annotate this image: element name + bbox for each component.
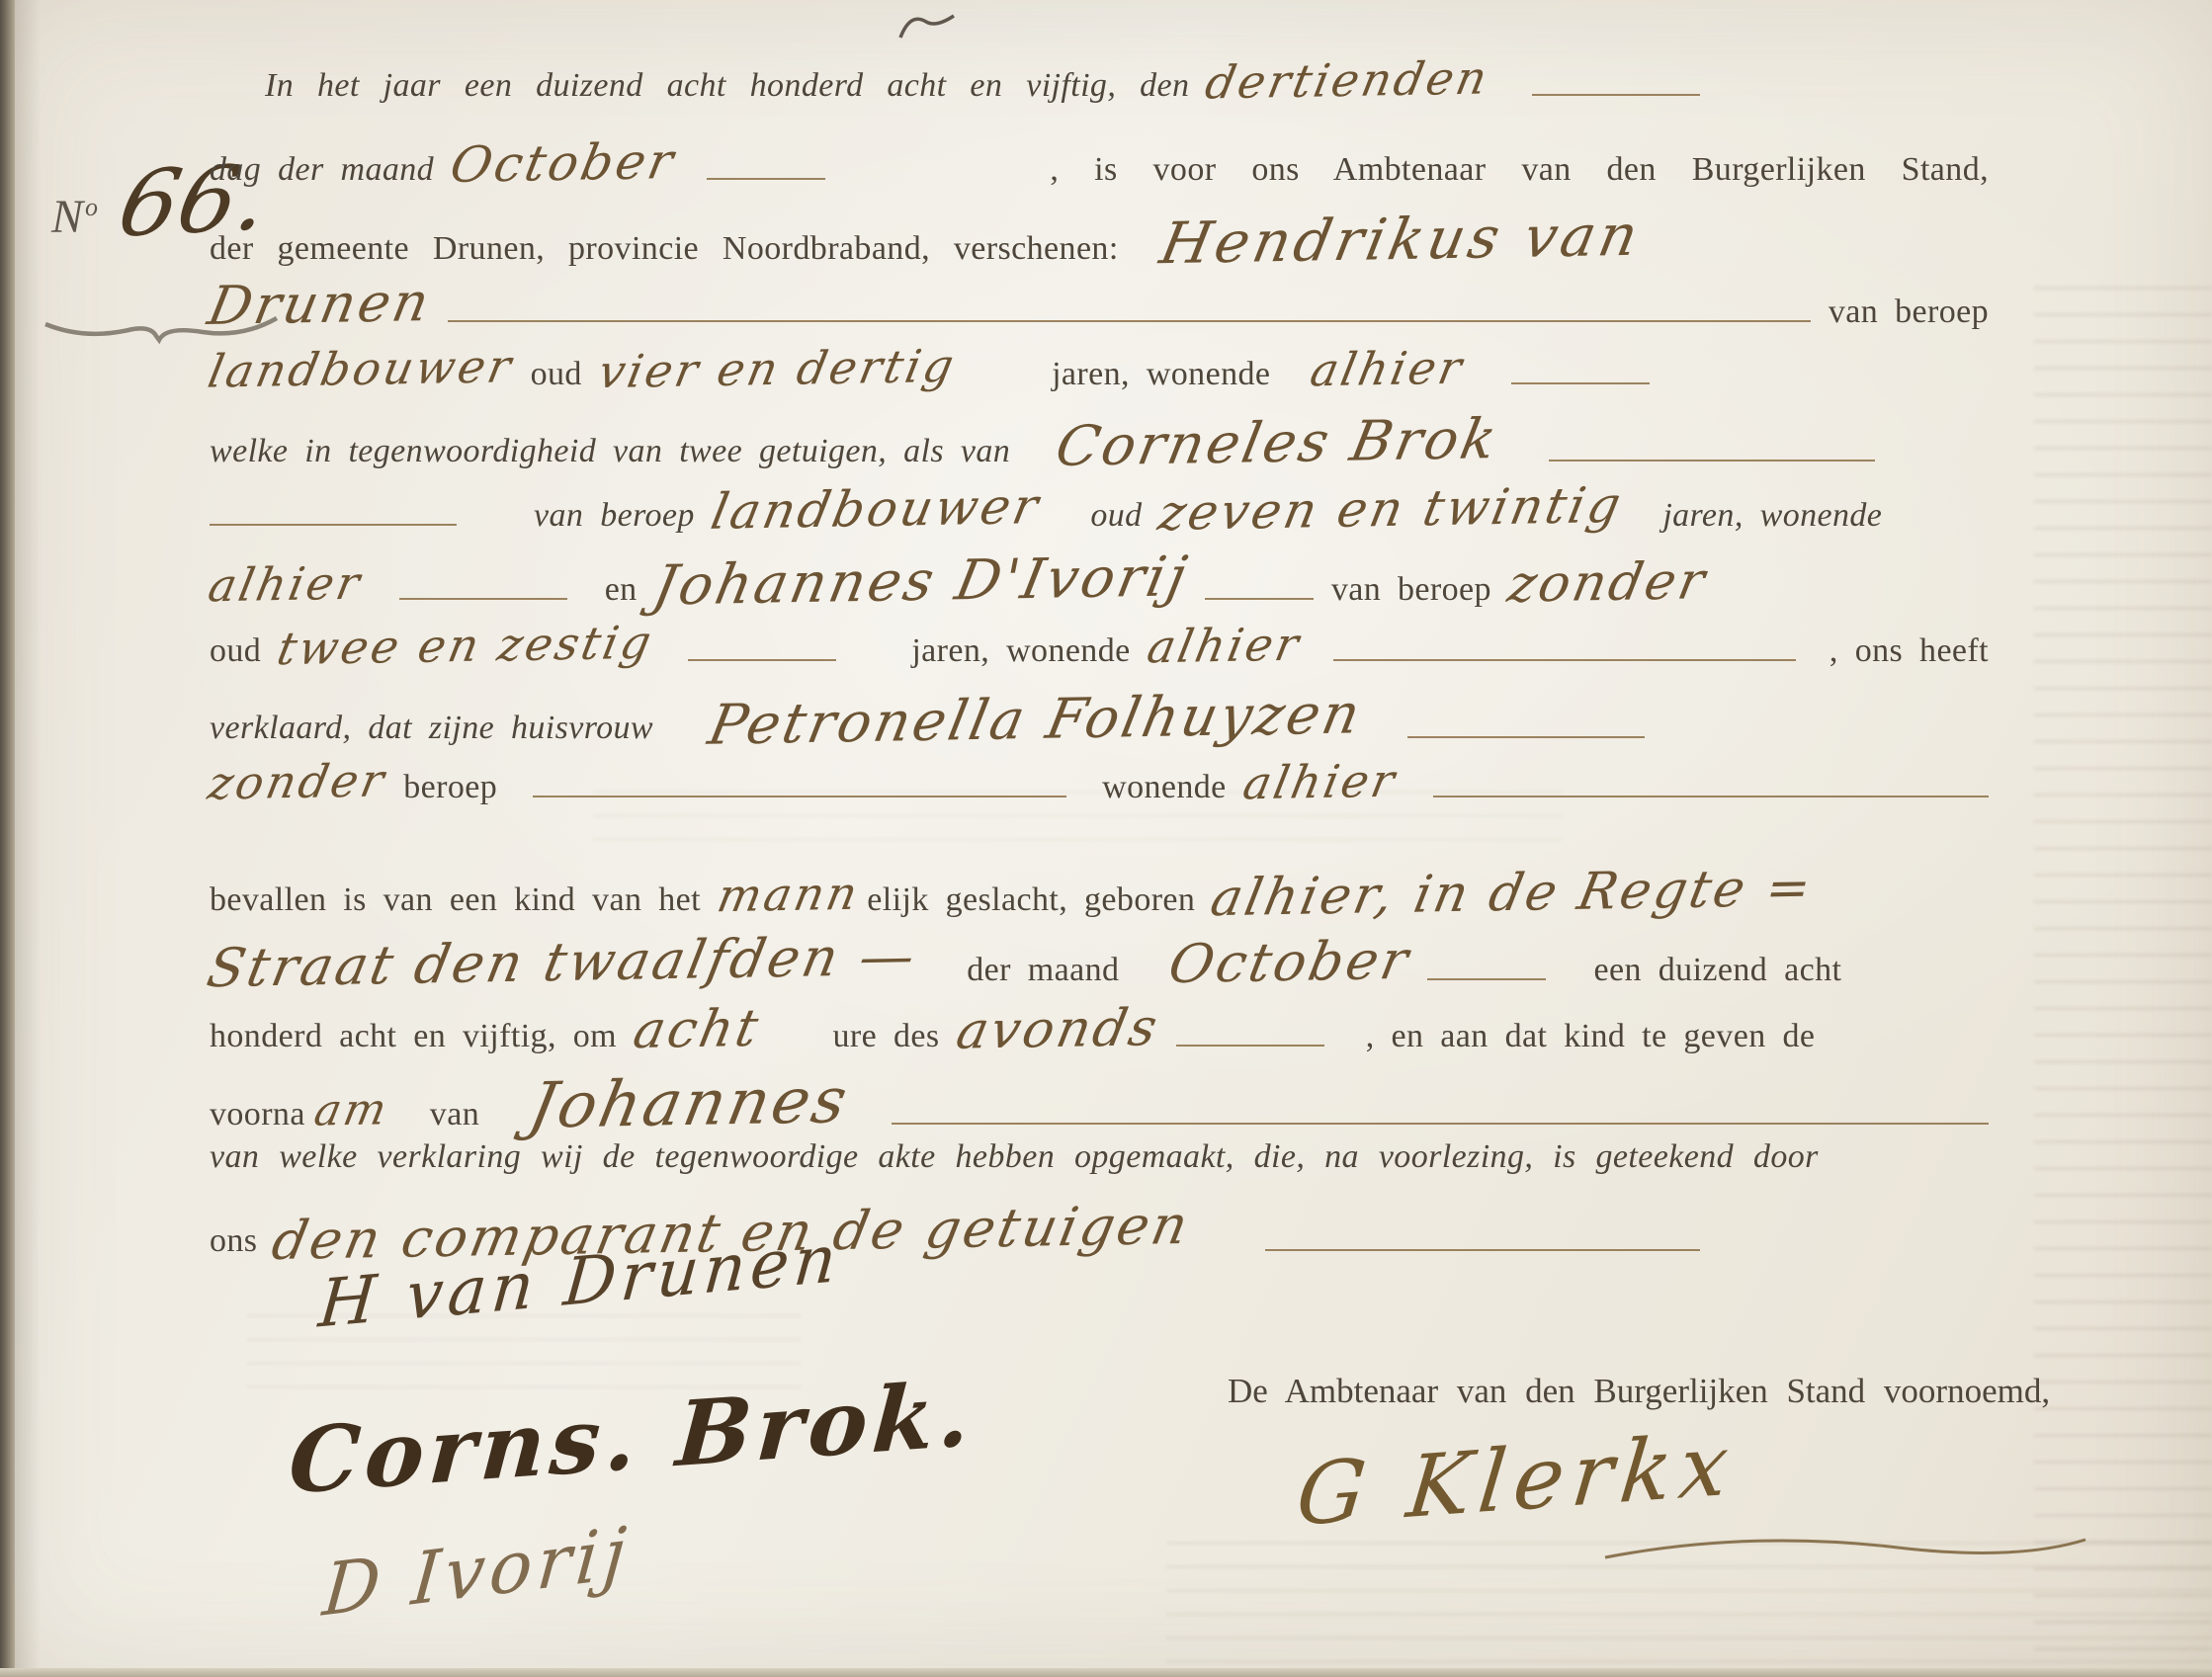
handwritten-text: landbouwer <box>204 339 518 397</box>
printed-text: voorna <box>210 1096 305 1133</box>
printed-text: jaren, wonende <box>1662 497 1882 535</box>
body-line-4: Drunen van beroep <box>210 273 1989 335</box>
body-line-10: verklaard, dat zijne huisvrouw Petronell… <box>210 688 1989 752</box>
printed-text: van <box>430 1096 479 1133</box>
blank-filler-line <box>1532 85 1700 96</box>
printed-text: dag der maand <box>210 151 434 189</box>
blank-filler-line <box>533 787 1066 797</box>
blank-filler-line <box>1511 374 1650 384</box>
handwritten-text: Drunen <box>203 271 436 337</box>
printed-text: een duizend acht <box>1593 952 1841 989</box>
signature-flourish <box>1601 1522 2095 1581</box>
official-caption: De Ambtenaar van den Burgerlijken Stand … <box>1228 1372 2050 1411</box>
handwritten-text: alhier <box>204 556 367 613</box>
printed-text: oud <box>1090 497 1142 535</box>
handwritten-text: twee en zestig <box>273 616 658 676</box>
scan-edge-left <box>0 0 15 1677</box>
printed-text: , ons heeft <box>1829 632 1989 670</box>
printed-text: en <box>605 571 638 609</box>
scan-edge-bottom <box>0 1668 2212 1677</box>
printed-text: jaren, wonende <box>1052 356 1270 393</box>
body-line-13: Straat den twaalfden — der maand October… <box>210 931 1989 993</box>
blank-filler-line <box>1176 1036 1324 1047</box>
body-line-15: voorna am van Johannes <box>210 1067 1989 1140</box>
printed-text: der gemeente Drunen, provincie Noordbrab… <box>210 230 1119 268</box>
body-line-12: bevallen is van een kind van het mann el… <box>210 864 1989 923</box>
printed-text: ons <box>210 1222 257 1260</box>
handwritten-text: zonder <box>204 753 390 809</box>
body-line-11: zonder beroep wonende alhier <box>210 755 1989 808</box>
handwritten-text: Straat den twaalfden — <box>203 925 923 999</box>
printed-text: van beroep <box>1829 293 1989 331</box>
printed-text: van beroep <box>534 497 695 535</box>
handwritten-text: Petronella Folhuyzen <box>703 682 1367 757</box>
body-line-6: welke in tegenwoordigheid van twee getui… <box>210 411 1989 475</box>
handwritten-text: alhier <box>1238 754 1402 810</box>
handwritten-text: avonds <box>951 998 1164 1061</box>
body-line-2: dag der maand October , is voor ons Ambt… <box>210 134 1989 192</box>
handwritten-text: acht <box>629 999 766 1060</box>
bleedthrough-texture-right <box>2034 287 2212 1670</box>
handwritten-text: zonder <box>1503 551 1713 614</box>
blank-filler-line <box>1407 727 1645 738</box>
printed-text: honderd acht en vijftig, om <box>210 1018 617 1055</box>
blank-filler-line <box>707 169 825 180</box>
printed-text: wonende <box>1102 769 1227 806</box>
blank-filler-line <box>210 515 457 526</box>
printed-text: der maand <box>967 952 1119 989</box>
blank-filler-line <box>1333 650 1796 661</box>
body-line-14: honderd acht en vijftig, om acht ure des… <box>210 1000 1989 1059</box>
act-number-label: No <box>51 191 100 243</box>
handwritten-text: alhier <box>1143 618 1306 674</box>
handwritten-text: alhier, in de Regte = <box>1206 859 1819 929</box>
signature-witness-brok: Corns. Brok. <box>286 1361 978 1514</box>
printed-text: verklaard, dat zijne huisvrouw <box>210 710 653 747</box>
body-line-7: van beroep landbouwer oud zeven en twint… <box>210 480 1989 538</box>
printed-text: oud <box>210 632 261 670</box>
handwritten-text: landbouwer <box>707 477 1046 541</box>
handwritten-text: dertienden <box>1202 51 1495 110</box>
handwritten-text: Hendrikus van <box>1154 202 1647 277</box>
printed-text: beroep <box>403 769 497 806</box>
body-line-16: van welke verklaring wij de tegenwoordig… <box>210 1138 1989 1176</box>
printed-text: bevallen is van een kind van het <box>210 881 701 919</box>
handwritten-text: Corneles Brok <box>1051 407 1504 479</box>
handwritten-text: am <box>310 1084 393 1135</box>
body-line-3: der gemeente Drunen, provincie Noordbrab… <box>210 206 1989 273</box>
printed-text: , is voor ons Ambtenaar van den Burgerli… <box>1050 151 1989 189</box>
blank-filler-line <box>1549 451 1875 461</box>
handwritten-text: alhier <box>1307 341 1470 397</box>
body-line-8: alhier en Johannes D'Ivorij van beroep z… <box>210 549 1989 614</box>
blank-filler-line <box>892 1114 1989 1125</box>
handwritten-text: October <box>1164 929 1416 995</box>
printed-text: welke in tegenwoordigheid van twee getui… <box>210 433 1010 470</box>
blank-filler-line <box>448 311 1810 322</box>
handwritten-text: mann <box>713 867 864 922</box>
printed-text: van welke verklaring wij de tegenwoordig… <box>210 1138 1819 1176</box>
ink-mark <box>894 8 964 47</box>
handwritten-text: vier en dertig <box>594 339 961 398</box>
handwritten-text: Johannes <box>523 1064 855 1143</box>
handwritten-text: zeven en twintig <box>1153 476 1628 542</box>
printed-text: oud <box>531 356 582 393</box>
handwritten-text: October <box>446 132 681 194</box>
blank-filler-line <box>399 589 567 600</box>
handwritten-text: Johannes D'Ivorij <box>647 545 1194 618</box>
body-line-1: In het jaar een duizend acht honderd ach… <box>265 53 1915 107</box>
body-line-5: landbouwer oud vier en dertig jaren, won… <box>210 342 1989 395</box>
blank-filler-line <box>688 650 836 661</box>
birth-certificate-scan: No 66. In het jaar een duizend acht hond… <box>0 0 2212 1677</box>
blank-filler-line <box>1265 1240 1700 1251</box>
body-line-9: oud twee en zestig jaren, wonende alhier… <box>210 619 1989 672</box>
blank-filler-line <box>1427 969 1546 980</box>
signature-witness-ivorij: D Ivorij <box>319 1510 634 1633</box>
printed-text: , en aan dat kind te geven de <box>1366 1018 1816 1055</box>
blank-filler-line <box>1205 589 1314 600</box>
blank-filler-line <box>1433 787 1989 797</box>
scan-edge-shadow <box>15 0 41 1677</box>
printed-text: ure des <box>833 1018 940 1055</box>
printed-text: jaren, wonende <box>911 632 1130 670</box>
printed-text: van beroep <box>1331 571 1491 609</box>
printed-text: elijk geslacht, geboren <box>867 881 1195 919</box>
printed-text: In het jaar een duizend acht honderd ach… <box>265 67 1189 105</box>
